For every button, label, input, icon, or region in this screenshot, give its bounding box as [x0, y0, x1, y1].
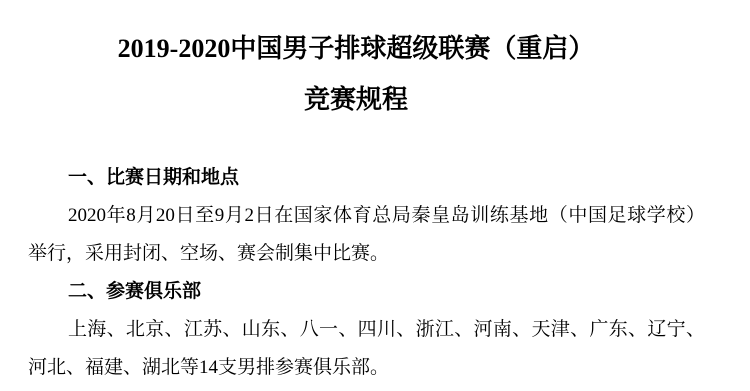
section-1-line-2: 举行，采用封闭、空场、赛会制集中比赛。	[28, 235, 705, 273]
document-content: 2019-2020中国男子排球超级联赛（重启） 竞赛规程 一、比赛日期和地点 2…	[0, 33, 750, 387]
document-page: 2019-2020中国男子排球超级联赛（重启） 竞赛规程 一、比赛日期和地点 2…	[0, 0, 750, 391]
section-1-line-1: 2020年8月20日至9月2日在国家体育总局秦皇岛训练基地（中国足球学校）	[28, 197, 705, 235]
document-subtitle: 竞赛规程	[28, 84, 684, 116]
section-2-line-2: 河北、福建、湖北等14支男排参赛俱乐部。	[28, 349, 705, 387]
section-1-heading: 一、比赛日期和地点	[28, 159, 705, 197]
document-title: 2019-2020中国男子排球超级联赛（重启）	[28, 33, 684, 65]
section-2-line-1: 上海、北京、江苏、山东、八一、四川、浙江、河南、天津、广东、辽宁、	[28, 311, 705, 349]
section-2-heading: 二、参赛俱乐部	[28, 273, 705, 311]
document-body: 一、比赛日期和地点 2020年8月20日至9月2日在国家体育总局秦皇岛训练基地（…	[28, 159, 705, 387]
